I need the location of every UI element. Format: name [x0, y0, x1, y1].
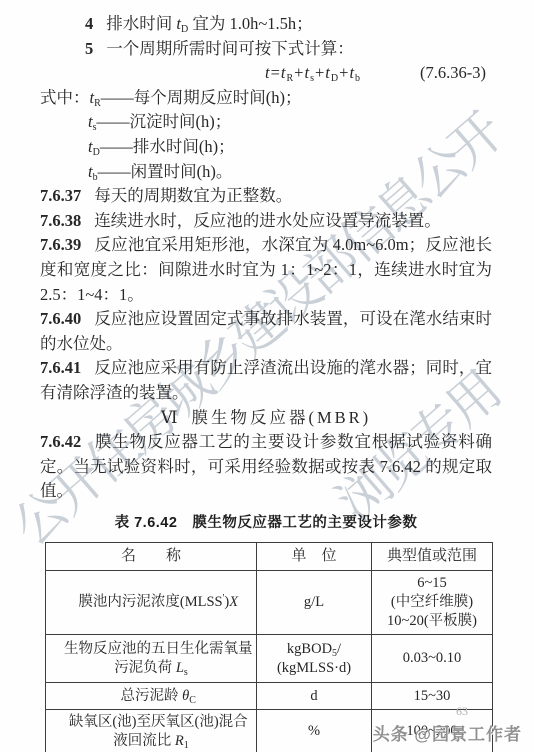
param-unit: d — [257, 683, 372, 710]
subchapter-title: 膜生物反应器(MBR) — [191, 408, 371, 427]
clause-number: 7.6.39 — [40, 235, 81, 254]
column-header-name: 名 称 — [46, 543, 257, 571]
clause-text: 连续进水时，反应池的进水处应设置导流装置。 — [94, 211, 441, 230]
table-title: 表 7.6.42 膜生物反应器工艺的主要设计参数 — [40, 511, 492, 536]
symbol-definition: tb——闲置时间(h)。 — [40, 160, 492, 185]
symbol-definition: ts——沉淀时间(h)； — [40, 110, 492, 135]
table-row: 总污泥龄 θC d 15~30 — [46, 683, 493, 710]
param-unit: kgBOD5/(kgMLSS·d) — [257, 635, 372, 683]
param-value: 0.03~0.10 — [372, 635, 493, 683]
toutiao-watermark: 头条 @园景工作者 — [373, 720, 522, 745]
clause-number: 7.6.38 — [40, 211, 81, 230]
item-number: 4 — [85, 14, 93, 33]
param-value: 6~15(中空纤维膜)10~20(平板膜) — [372, 571, 493, 635]
clause-7-6-37: 7.6.37每天的周期数宜为正整数。 — [40, 184, 492, 209]
item-text: 一个周期所需时间可按下式计算： — [106, 39, 354, 58]
param-value: 15~30 — [372, 683, 493, 710]
column-header-value: 典型值或范围 — [372, 543, 493, 571]
clause-number: 7.6.41 — [40, 358, 81, 377]
clause-text: 反应池应设置固定式事故排水装置，可设在滗水结束时的水位处。 — [40, 309, 492, 353]
clause-number: 7.6.40 — [40, 309, 81, 328]
equation: t=tR+ts+tD+tb — [265, 61, 361, 86]
list-item-5: 5一个周期所需时间可按下式计算： — [40, 37, 492, 62]
param-name: 总污泥龄 θC — [46, 683, 257, 710]
list-item-4: 4排水时间 tD 宜为 1.0h~1.5h； — [40, 12, 492, 37]
clause-7-6-40: 7.6.40反应池应设置固定式事故排水装置，可设在滗水结束时的水位处。 — [40, 307, 492, 356]
document-page: 公开住房城乡建设部信息公开 浏览专用 4排水时间 tD 宜为 1.0h~1.5h… — [0, 0, 534, 752]
param-unit: g/L — [257, 571, 372, 635]
param-unit: % — [257, 710, 372, 752]
table-header-row: 名 称 单 位 典型值或范围 — [46, 543, 493, 571]
clause-7-6-39: 7.6.39反应池宜采用矩形池，水深宜为 4.0m~6.0m；反应池长度和宽度之… — [40, 233, 492, 307]
equation-number: (7.6.36-3) — [420, 61, 486, 86]
clause-7-6-38: 7.6.38连续进水时，反应池的进水处应设置导流装置。 — [40, 209, 492, 234]
symbol-definition: 式中：tR——每个周期反应时间(h)； — [40, 86, 492, 111]
table-row: 生物反应池的五日生化需氧量污泥负荷 Ls kgBOD5/(kgMLSS·d) 0… — [46, 635, 493, 683]
clause-7-6-42: 7.6.42膜生物反应器工艺的主要设计参数宜根据试验资料确定。当无试验资料时，可… — [40, 430, 492, 504]
table-row: 膜池内污泥浓度(MLSS')X g/L 6~15(中空纤维膜)10~20(平板膜… — [46, 571, 493, 635]
subchapter-heading: Ⅵ膜生物反应器(MBR) — [40, 406, 492, 431]
equation-row: t=tR+ts+tD+tb (7.6.36-3) — [40, 61, 492, 86]
item-text: 排水时间 tD 宜为 1.0h~1.5h； — [106, 14, 312, 33]
page-body: 4排水时间 tD 宜为 1.0h~1.5h； 5一个周期所需时间可按下式计算： … — [40, 12, 492, 752]
clause-text: 膜生物反应器工艺的主要设计参数宜根据试验资料确定。当无试验资料时，可采用经验数据… — [40, 432, 492, 500]
page-number: 63 — [456, 704, 468, 719]
clause-number: 7.6.37 — [40, 186, 81, 205]
column-header-unit: 单 位 — [257, 543, 372, 571]
item-number: 5 — [85, 39, 93, 58]
clause-number: 7.6.42 — [40, 432, 81, 451]
param-name: 膜池内污泥浓度(MLSS')X — [46, 571, 257, 635]
subchapter-numeral: Ⅵ — [161, 408, 178, 427]
param-name: 缺氧区(池)至厌氧区(池)混合液回流比 R1 — [46, 710, 257, 752]
clause-text: 反应池宜采用矩形池，水深宜为 4.0m~6.0m；反应池长度和宽度之比：间隙进水… — [40, 235, 492, 303]
clause-7-6-41: 7.6.41反应池应采用有防止浮渣流出设施的滗水器；同时，宜有清除浮渣的装置。 — [40, 356, 492, 405]
clause-text: 每天的周期数宜为正整数。 — [94, 186, 292, 205]
clause-text: 反应池应采用有防止浮渣流出设施的滗水器；同时，宜有清除浮渣的装置。 — [40, 358, 492, 402]
symbol-definition: tD——排水时间(h)； — [40, 135, 492, 160]
param-name: 生物反应池的五日生化需氧量污泥负荷 Ls — [46, 635, 257, 683]
